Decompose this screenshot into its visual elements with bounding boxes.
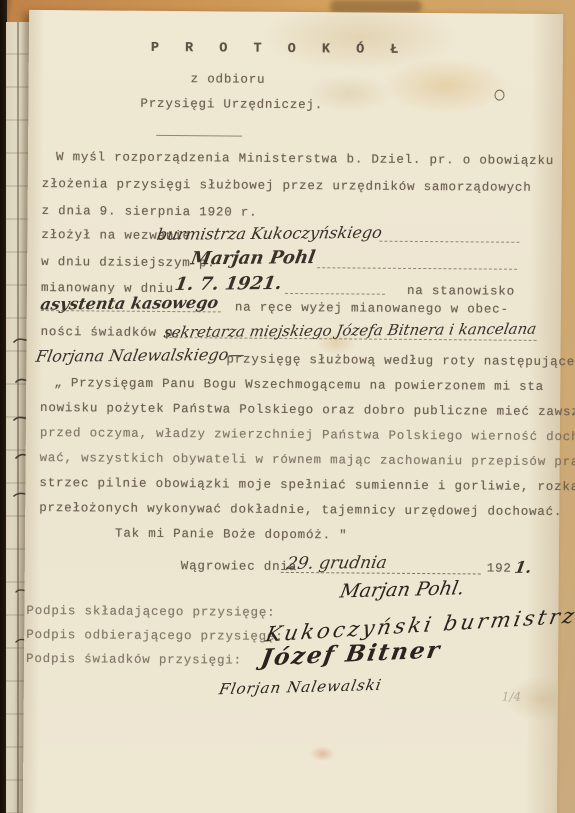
blank-line-fill: [317, 267, 517, 270]
blank-line-fill: [379, 241, 519, 243]
title-underline: [156, 135, 242, 137]
handwritten-mayor-name: burmistrza Kukoczyńskiego: [156, 223, 384, 244]
intro-line: z dnia 9. sierpnia 1920 r.: [42, 204, 258, 220]
label-witnesses-signature: Podpis świadków przysięgi:: [26, 652, 242, 668]
handwritten-appointment-date: 1. 7. 1921.: [173, 273, 283, 295]
ink-ring-mark: [494, 90, 504, 101]
oath-line: strzec pilnie obowiązki moje spełniać su…: [39, 476, 575, 494]
corner-pencil-mark: 1/4: [502, 690, 521, 704]
handwritten-oath-taker-name: Marjan Pohl: [189, 247, 316, 269]
oath-line: „ Przysięgam Panu Bogu Wszechmogącemu na…: [54, 376, 544, 394]
closing-year-typed: 192: [487, 562, 512, 576]
form-typed-witnesses: ności świadków p.: [41, 325, 182, 340]
signature-witness-2: Florjan Nalewalski: [218, 676, 384, 698]
form-typed-into-hands: na ręce wyżej mianowanego w obec-: [235, 301, 509, 317]
oath-line: wać, wszystkich obywateli w równem mając…: [40, 451, 575, 469]
oath-line: przed oczyma, władzy zwierzchniej Państw…: [40, 426, 575, 444]
closing-place-date-typed: Wągrowiec dnia: [181, 559, 297, 574]
blank-line-fill: [285, 293, 385, 295]
document-subtitle-2: Przysięgi Urzędniczej.: [140, 97, 323, 112]
handwritten-date: 29. grudnia: [285, 553, 388, 574]
scanned-document-page: P R O T O K Ó Ł z odbioru Przysięgi Urzę…: [0, 0, 575, 813]
handwritten-year-digit: 1.: [513, 558, 533, 577]
label-oath-taker-signature: Podpis składającego przysięgę:: [26, 604, 275, 620]
form-typed-to-the-post: na stanowisko: [407, 284, 515, 299]
protocol-sheet: P R O T O K Ó Ł z odbioru Przysięgi Urzę…: [23, 10, 563, 813]
document-title: P R O T O K Ó Ł: [151, 41, 408, 58]
signature-oath-taker: Marjan Pohl.: [338, 577, 466, 602]
label-oath-receiver-signature: Podpis odbierającego przysięgę:: [26, 628, 283, 644]
intro-line: złożenia przysięgi służbowej przez urzęd…: [42, 177, 532, 195]
form-typed-oath-per-rote: przysięgę służbową według roty następują…: [226, 352, 575, 369]
document-subtitle-1: z odbioru: [191, 72, 266, 87]
top-edge-ink-smudge: [330, 0, 422, 13]
oath-line: nowisku pożytek Państwa Polskiego oraz d…: [40, 401, 575, 419]
handwritten-witness-name-2: Florjana Nalewalskiego—: [35, 345, 247, 366]
oath-closing-line: Tak mi Panie Boże dopomóż. ": [115, 527, 348, 543]
oath-line: przełożonych wykonywać dokładnie, tajemn…: [39, 501, 562, 519]
intro-line: W myśl rozporządzenia Ministerstwa b. Dz…: [56, 150, 554, 168]
